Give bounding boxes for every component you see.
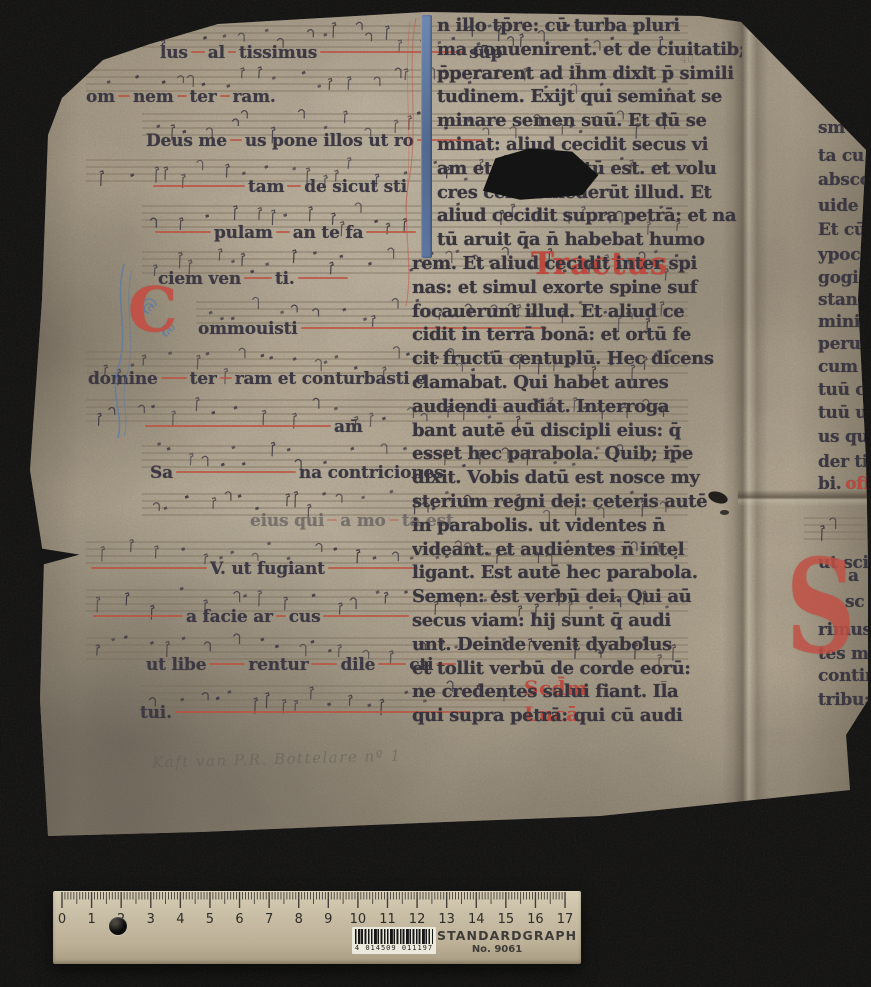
lyric-extender — [220, 377, 232, 379]
text-line: minat: aliud cecidit secus vi — [412, 134, 742, 157]
ruler-model: No. 9061 — [437, 944, 557, 955]
fragment-word: uide — [818, 196, 858, 216]
fragment-word: us qu — [818, 427, 869, 447]
initial-C-rubric: C — [128, 280, 177, 340]
ruler-number: 12 — [409, 912, 426, 927]
lyric-extender — [91, 567, 207, 569]
lyric-extender — [378, 663, 406, 665]
text-line: audiendi audiat. Interroga — [412, 396, 742, 419]
lyric-extender — [220, 95, 230, 97]
lyric-word: Sa — [150, 463, 173, 483]
lyric-extender — [230, 139, 242, 141]
text-line: tū aruit q̄a n̄ habebat humo — [412, 229, 742, 252]
barcode-bars — [355, 929, 433, 944]
fragment-line: der ti — [818, 452, 868, 472]
lyric-extender — [177, 95, 187, 97]
text-line: p̄perarent ad ih̄m dixit p̄ simili — [412, 63, 742, 86]
barcode: 4 014509 011197 — [352, 927, 436, 954]
lyric-word: de sicut sti — [304, 177, 407, 197]
text-line: clamabat. Qui habet aures — [412, 372, 742, 395]
lyric-extender — [155, 231, 211, 233]
lyric-extender — [298, 277, 348, 279]
lyric-extender — [276, 231, 290, 233]
lyric-word: pulam — [214, 223, 273, 243]
text-line: qui supra petrā: qui cū audi — [412, 705, 742, 728]
text-line: secus viam: hij sunt q̄ audi — [412, 610, 742, 633]
ruler-number: 0 — [58, 912, 66, 927]
fragment-word: ta cu — [818, 146, 864, 166]
lyric-word: a facie ar — [186, 607, 273, 627]
ruler-number: 16 — [527, 912, 544, 927]
pencil-corner-mark: 40 — [680, 53, 694, 66]
lyric-extender — [244, 277, 272, 279]
fragment-word: absco — [818, 170, 871, 190]
lyric-extender — [328, 567, 418, 569]
fragment-line: absco — [818, 170, 871, 190]
lyric-extender — [176, 471, 296, 473]
text-line: nas: et simul exorte spine suf — [412, 277, 742, 300]
fragment-line: uide — [818, 196, 858, 216]
text-line: aliud cecidit supra petrā: et na — [412, 205, 742, 228]
lyric-extender — [93, 615, 183, 617]
text-line: in parabolis. ut videntes n̄ — [412, 515, 742, 538]
lyric-word: ut libe — [146, 655, 206, 675]
lyric-word: ram et conturbasti e — [235, 369, 426, 389]
fragment-line: cum — [818, 357, 858, 377]
text-line: cidit in terrā bonā: et ortū fe — [412, 324, 742, 347]
lyric-word: us pone illos ut ro — [245, 131, 414, 151]
fragment-word: cum — [818, 357, 858, 377]
lyric-word: tui. — [140, 703, 172, 723]
ruler-number: 9 — [324, 912, 332, 927]
text-line: esset hec parabola. Quib; ip̄e — [412, 443, 742, 466]
text-line: ligant. Est autē hec parabola. — [412, 562, 742, 585]
ruler-number: 8 — [295, 912, 303, 927]
text-line: unt. Deinde venit dyabolus — [412, 634, 742, 657]
fragment-word: tuū u — [818, 403, 867, 423]
text-line: minare semen suū. Et dū se — [412, 110, 742, 133]
fragment-word: Et cū — [818, 220, 866, 240]
text-line: videant. et audientes n̄ intel — [412, 539, 742, 562]
lyric-extender — [327, 519, 337, 521]
ruler-number: 13 — [438, 912, 455, 927]
text-line: ne credentes salui fiant. Il̄a — [412, 681, 742, 704]
fragment-line: ta cu — [818, 146, 864, 166]
ruler-number: 10 — [350, 912, 367, 927]
lyric-extender — [311, 663, 337, 665]
ruler-number: 15 — [498, 912, 515, 927]
fragment-line: tuū u — [818, 403, 867, 423]
lyric-extender — [209, 663, 245, 665]
lyric-word: cus — [289, 607, 321, 627]
lyric-extender — [287, 185, 301, 187]
lyric-word: eius qui — [250, 511, 324, 531]
ruler-scale: 01234567891011121314151617 — [53, 891, 581, 927]
ruler: 01234567891011121314151617 4 014509 0111… — [53, 891, 581, 964]
ruler-number: 4 — [176, 912, 184, 927]
fragment-word: der ti — [818, 452, 868, 472]
fragment-line: bi.off̄ — [818, 474, 870, 494]
lyric-extender — [191, 51, 205, 53]
text-line: Semen: est verbū dei. Qui aū — [412, 586, 742, 609]
fragment-line: tuū c — [818, 380, 865, 400]
ruler-hanging-hole — [109, 917, 127, 935]
rubric-word: off̄ — [841, 474, 870, 494]
ruler-number: 7 — [265, 912, 273, 927]
text-line: sterium regni dei: ceteris autē — [412, 491, 742, 514]
lyric-extender — [389, 519, 399, 521]
lyric-word: am̄ — [334, 417, 363, 437]
fragment-line: us qu — [818, 427, 869, 447]
ruler-brand: STANDARDGRAPH — [437, 928, 557, 943]
barcode-digits: 4 014509 011197 — [352, 944, 436, 952]
ruler-number: 17 — [557, 912, 574, 927]
lyric-extender — [153, 185, 245, 187]
ruler-number: 11 — [379, 912, 396, 927]
lyric-word: dile — [340, 655, 375, 675]
lyric-extender — [228, 51, 236, 53]
text-line: et tollit verbū de corde eorū: — [412, 658, 742, 681]
lyric-word: ti. — [275, 269, 295, 289]
text-line: rem. Et aliud cecidit inter spi — [412, 253, 742, 276]
ruler-number: 5 — [206, 912, 214, 927]
lyric-extender — [276, 615, 286, 617]
lyric-word: om — [86, 87, 115, 107]
text-line: bant autē eū discipli eius: q̄ — [412, 420, 742, 443]
fragment-word: tribu: — [818, 690, 870, 710]
text-line: dixit. Vobis datū est nosce my — [412, 467, 742, 490]
lyric-word: a mo — [340, 511, 385, 531]
text-line: focauerunt illud. Et aliud ce — [412, 301, 742, 324]
fragment-word: bi. — [818, 474, 841, 494]
lyric-word: V. ut fugiant — [210, 559, 325, 579]
lyric-word: rentur — [248, 655, 308, 675]
lyric-extender — [118, 95, 130, 97]
initial-S-rubric: S — [786, 540, 855, 675]
fragment-word: tuū c — [818, 380, 865, 400]
lyric-word: an te fa — [293, 223, 364, 243]
ruler-number: 6 — [235, 912, 243, 927]
text-line: n illo tp̄re: cū turba pluri — [412, 15, 742, 38]
lyric-extender — [323, 615, 409, 617]
lyric-word: ommouisti — [198, 319, 298, 339]
lyric-word: Deus me — [146, 131, 227, 151]
fragment-line: Et cū — [818, 220, 866, 240]
ruler-number: 3 — [147, 912, 155, 927]
text-line: cit fructū centuplū. Hec dicens — [412, 348, 742, 371]
ruler-number: 14 — [468, 912, 485, 927]
lyric-word: tam — [248, 177, 284, 197]
manuscript-photograph: lusaltissimussūpomnemterram.Deus meus p… — [0, 0, 871, 987]
fragment-line: tribu: — [818, 690, 870, 710]
text-line: tudinem. Exijt qui seminat se — [412, 86, 742, 109]
ruler-number: 1 — [87, 912, 95, 927]
